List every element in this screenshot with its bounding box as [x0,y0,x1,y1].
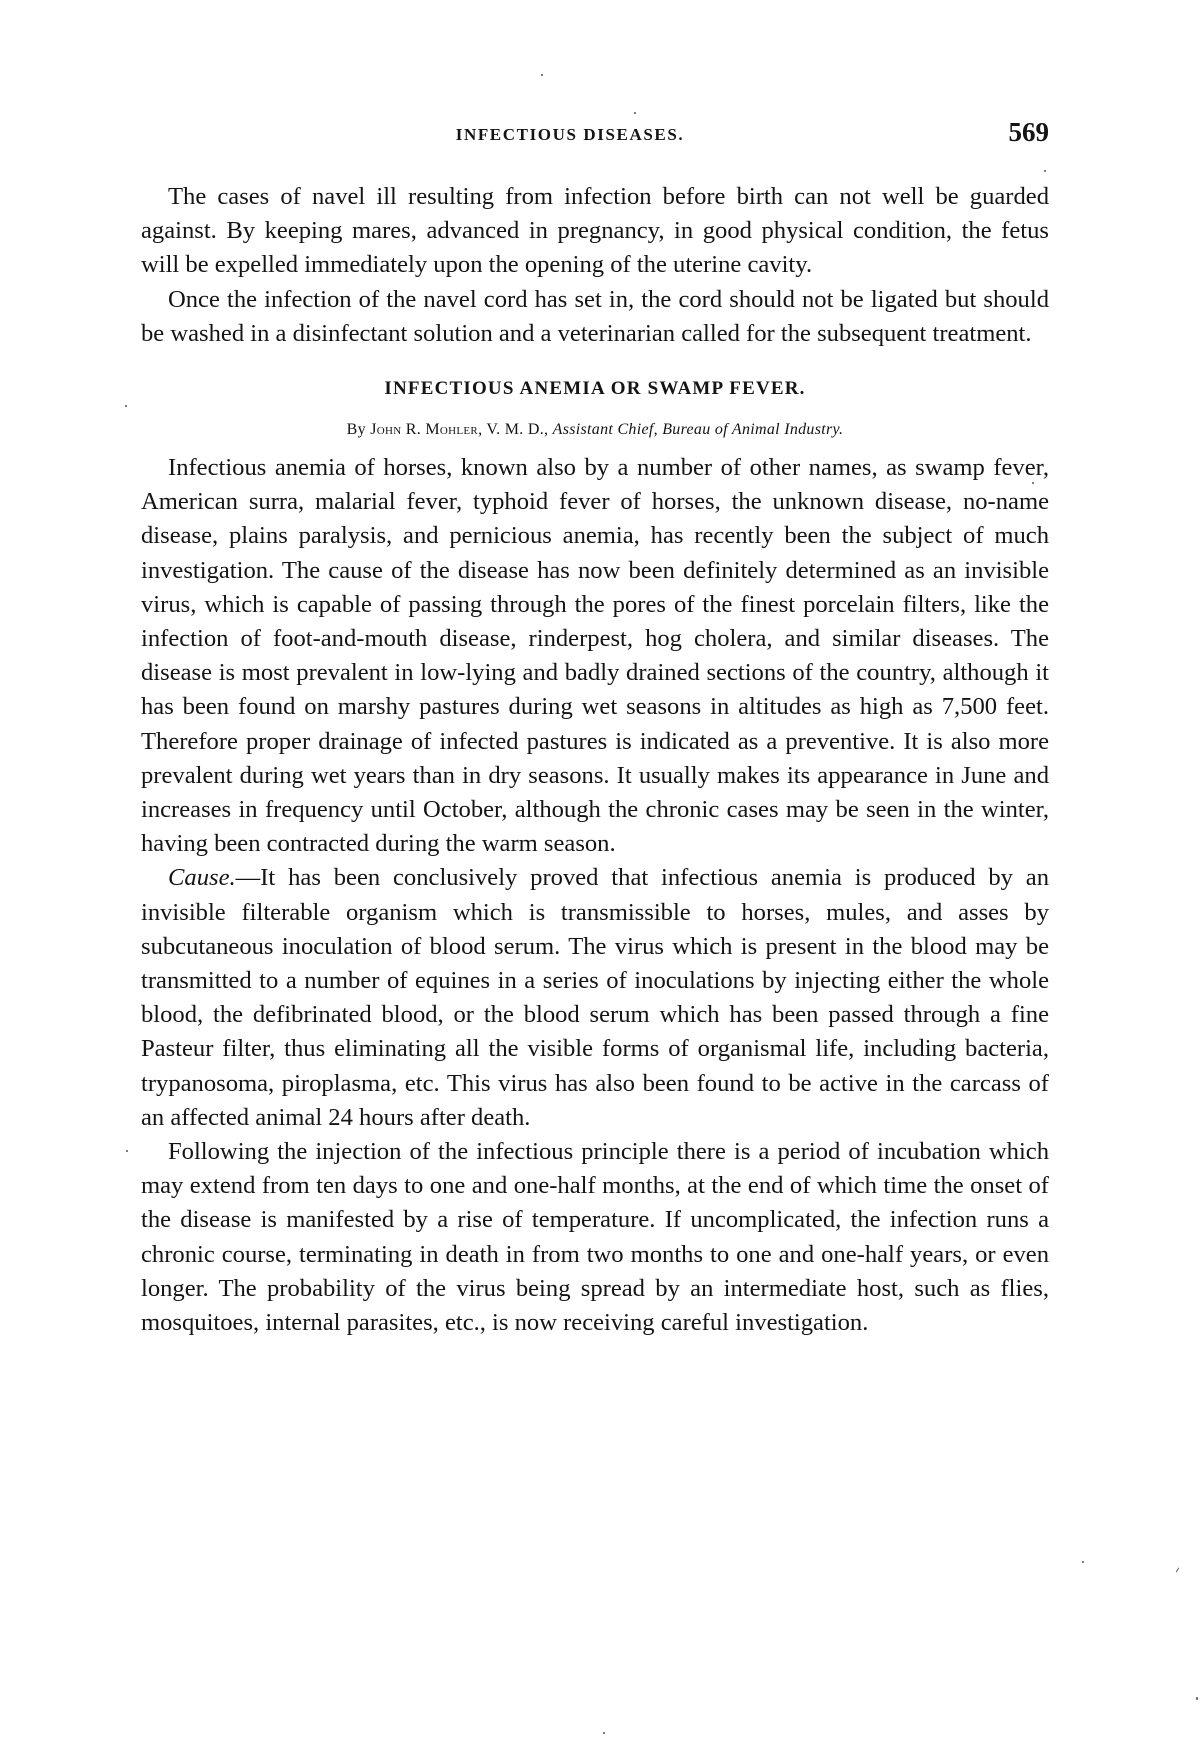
byline-credentials: , V. M. D., [478,421,553,438]
paragraph-cause: Cause.—It has been conclusively proved t… [141,861,1049,1135]
scan-speck [1176,1567,1180,1573]
scan-speck [1196,1697,1198,1700]
paragraph-navel-cord-treatment: Once the infection of the navel cord has… [141,283,1049,351]
running-head-title: INFECTIOUS DISEASES. [141,125,1049,145]
body-text: The cases of navel ill resulting from in… [141,180,1049,1340]
scan-speck [1044,170,1046,172]
document-page: INFECTIOUS DISEASES. 569 The cases of na… [0,0,1200,1757]
scan-speck [126,1150,128,1152]
scan-speck [603,1732,605,1734]
page-number: 569 [1009,117,1050,148]
scan-speck [1082,1561,1084,1563]
paragraph-cause-text: —It has been conclusively proved that in… [141,864,1049,1130]
section-heading: INFECTIOUS ANEMIA OR SWAMP FEVER. [141,373,1049,405]
scan-speck [1032,482,1034,484]
scan-speck [634,112,636,114]
scan-speck [541,74,543,76]
byline-title: Assistant Chief, Bureau of Animal Indust… [553,421,844,438]
paragraph-incubation: Following the injection of the infectiou… [141,1135,1049,1340]
byline-prefix: By [347,421,371,438]
running-head: INFECTIOUS DISEASES. 569 [141,117,1049,149]
byline-author: John R. Mohler [370,421,478,438]
run-in-heading-cause: Cause. [168,864,236,891]
byline: By John R. Mohler, V. M. D., Assistant C… [141,415,1049,445]
paragraph-navel-ill-prevention: The cases of navel ill resulting from in… [141,180,1049,283]
paragraph-introduction: Infectious anemia of horses, known also … [141,451,1049,861]
scan-speck [125,405,127,407]
